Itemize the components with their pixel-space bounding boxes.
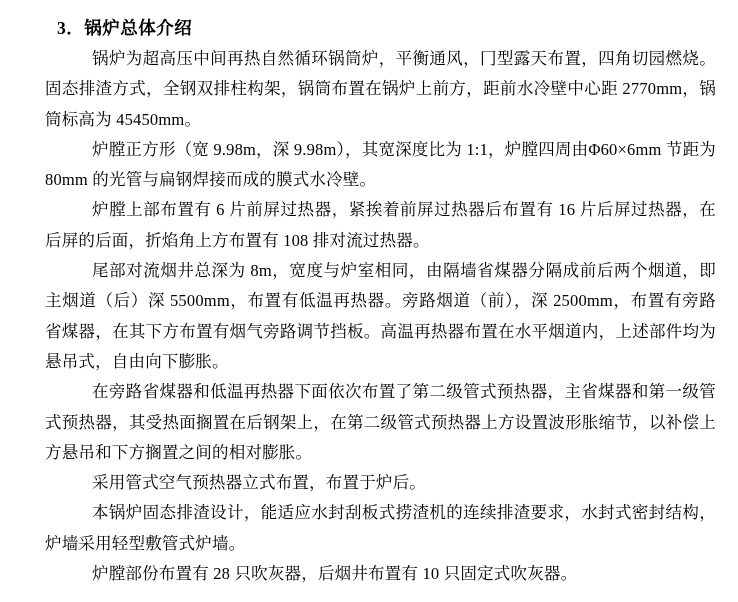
section-heading: 3．锅炉总体介绍 xyxy=(57,13,716,43)
paragraph-soot-blowers: 炉膛部份布置有 28 只吹灰器，后烟井布置有 10 只固定式吹灰器。 xyxy=(45,559,716,589)
paragraph-superheaters: 炉膛上部布置有 6 片前屏过热器，紧挨着前屏过热器后布置有 16 片后屏过热器，… xyxy=(45,195,716,256)
paragraph-rear-flue: 尾部对流烟井总深为 8m，宽度与炉室相同，由隔墙省煤器分隔成前后两个烟道，即主烟… xyxy=(45,256,716,377)
paragraph-air-preheater-layout: 采用管式空气预热器立式布置，布置于炉后。 xyxy=(45,468,716,498)
paragraph-slag-removal: 本锅炉固态排渣设计，能适应水封刮板式捞渣机的连续排渣要求，水封式密封结构，炉墙采… xyxy=(45,498,716,559)
paragraph-preheaters: 在旁路省煤器和低温再热器下面依次布置了第二级管式预热器，主省煤器和第一级管式预热… xyxy=(45,377,716,468)
paragraph-boiler-overview: 锅炉为超高压中间再热自然循环锅筒炉，平衡通风，冂型露天布置，四角切园燃烧。固态排… xyxy=(45,44,716,135)
paragraph-furnace-dimensions: 炉膛正方形（宽 9.98m，深 9.98m），其宽深度比为 1:1，炉膛四周由Φ… xyxy=(45,135,716,196)
document-page: 3．锅炉总体介绍 锅炉为超高压中间再热自然循环锅筒炉，平衡通风，冂型露天布置，四… xyxy=(0,0,738,602)
